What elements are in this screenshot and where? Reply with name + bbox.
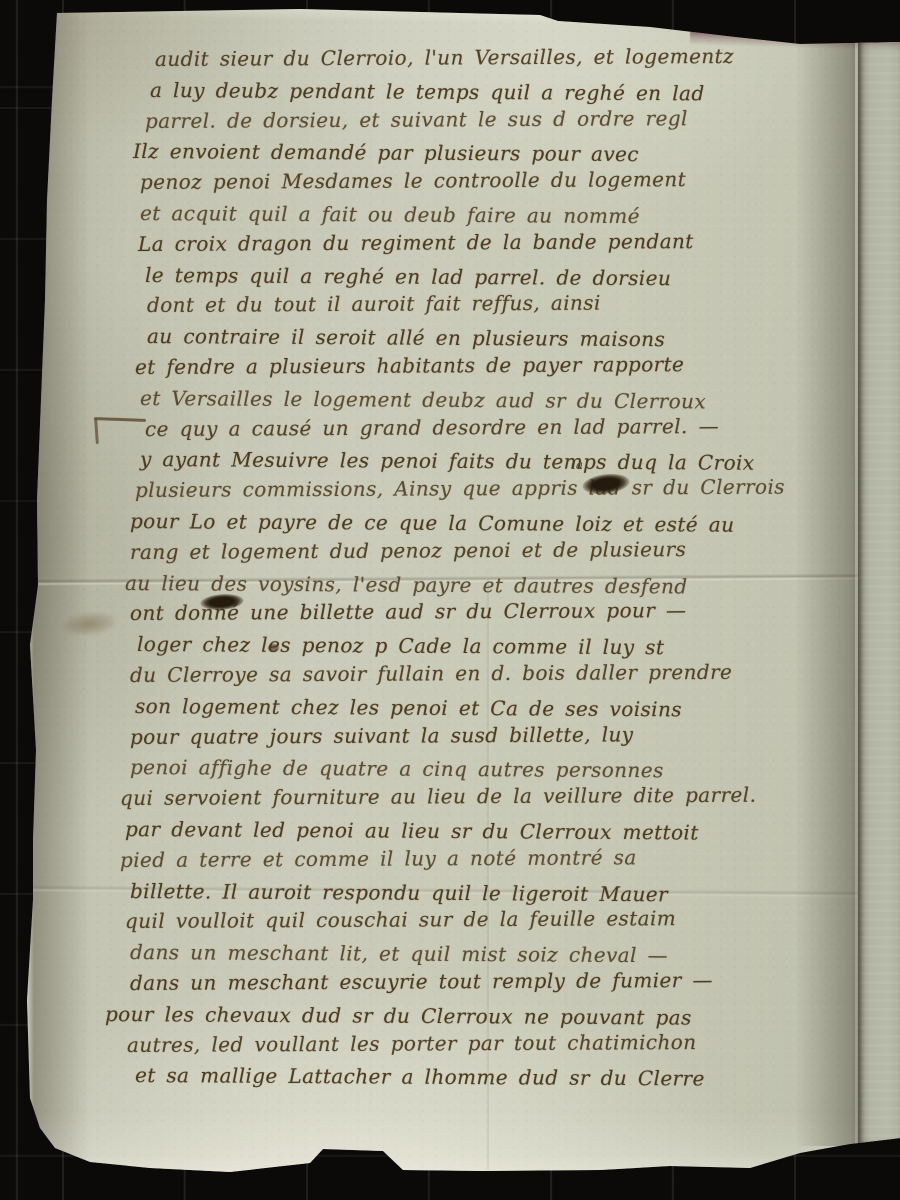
manuscript-line: La croix dragon du regiment de la bande …: [138, 225, 855, 260]
manuscript-line: quil voulloit quil couschai sur de la fe…: [125, 902, 855, 937]
manuscript-line: dans un meschant escuyrie tout remply de…: [130, 964, 855, 999]
manuscript-line: autres, led voullant les porter par tout…: [127, 1026, 855, 1061]
manuscript-line: pied a terre et comme il luy a noté mont…: [120, 841, 855, 876]
manuscript-line: qui servoient fourniture au lieu de la v…: [120, 779, 855, 814]
manuscript-line: plusieurs commissions, Ainsy que appris …: [135, 471, 855, 506]
interline-note: la: [572, 458, 583, 472]
manuscript-line: parrel. de dorsieu, et suivant le sus d …: [145, 102, 855, 137]
photograph-scene: audit sieur du Clerroio, l'un Versailles…: [0, 0, 900, 1200]
manuscript-line: et sa mallige Lattacher a lhomme dud sr …: [135, 1060, 855, 1095]
manuscript-line: et fendre a plusieurs habitants de payer…: [135, 348, 855, 383]
manuscript-line: rang et logement dud penoz penoi et de p…: [130, 533, 855, 568]
manuscript-line: pour quatre jours suivant la susd billet…: [130, 718, 855, 753]
folded-under-leaf: [858, 36, 900, 1144]
manuscript-line: audit sieur du Clerroio, l'un Versailles…: [155, 40, 855, 74]
manuscript-line: penoz penoi Mesdames le controolle du lo…: [140, 163, 855, 198]
manuscript-page: audit sieur du Clerroio, l'un Versailles…: [0, 0, 900, 1200]
ink-spot: [268, 644, 279, 652]
manuscript-line: ce quy a causé un grand desordre en lad …: [145, 410, 855, 445]
manuscript-line: dont et du tout il auroit fait reffus, a…: [147, 287, 855, 322]
manuscript-line: du Clerroye sa savoir fullain en d. bois…: [130, 656, 855, 691]
text-block: audit sieur du Clerroio, l'un Versailles…: [155, 44, 855, 1091]
